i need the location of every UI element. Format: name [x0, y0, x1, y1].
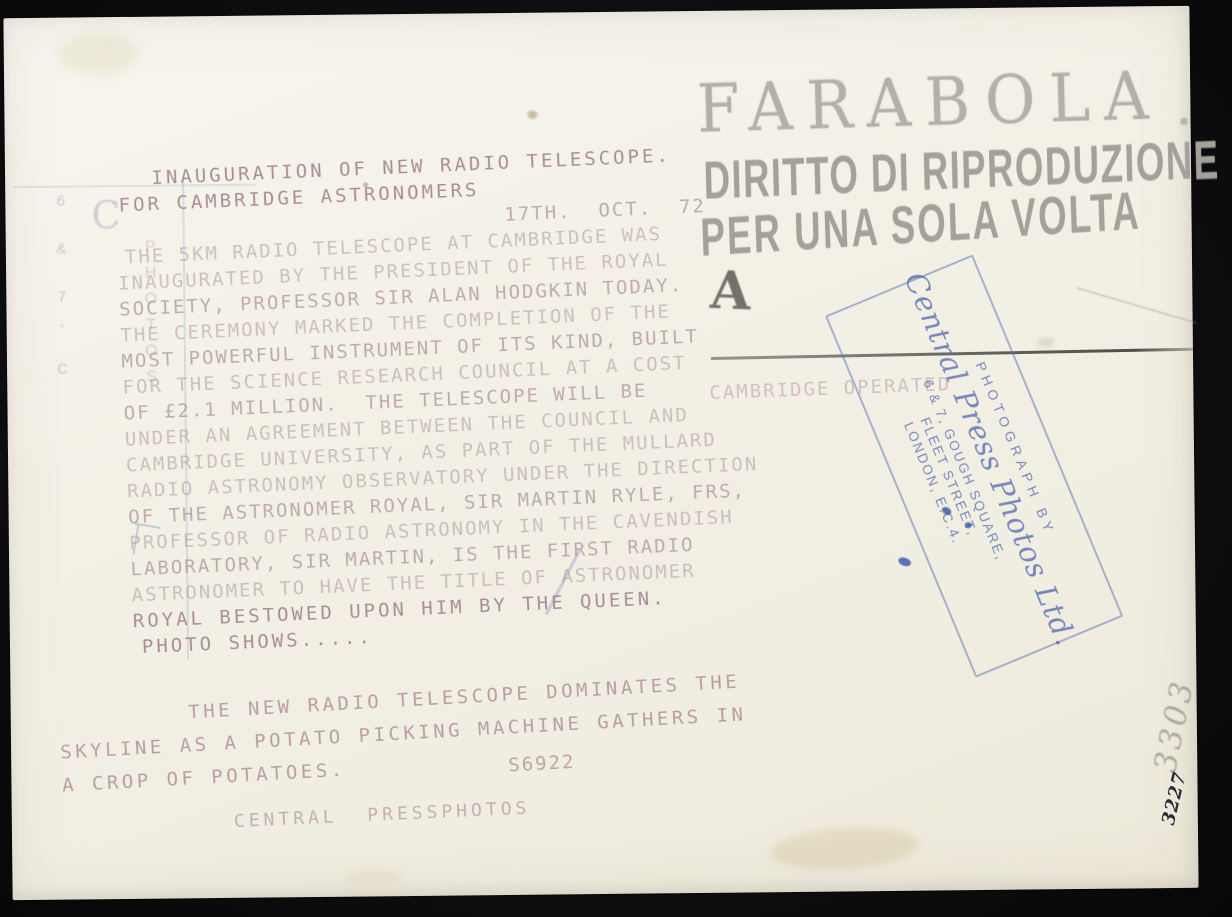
pencil-number: 3303 [1147, 675, 1201, 775]
paper-stain [342, 869, 402, 886]
typed-caption-block: INAUGURATION OF NEW RADIO TELESCOPE. FOR… [105, 139, 766, 660]
paper-stain [1037, 337, 1055, 347]
paper-stain [59, 33, 139, 76]
ink-number: 3227 [1158, 770, 1191, 828]
photo-back-paper: 6 & 7, C C PHOTOS FARABOLA DIRITTO DI RI… [3, 6, 1198, 900]
ink-blot [897, 556, 912, 568]
ink-blot [965, 522, 972, 528]
reference-number: S6922 [508, 751, 576, 777]
ghost-stamp-address-column: 6 & 7, C [52, 193, 71, 385]
photo-shows-caption-block: THE NEW RADIO TELESCOPE DOMINATES THE SK… [58, 665, 750, 802]
paper-stain [527, 111, 537, 119]
central-press-credit-stamp: PHOTOGRAPH BY Central Press Photos Ltd. … [825, 254, 1123, 677]
agency-credit-line: CENTRAL PRESSPHOTOS [233, 798, 530, 832]
scanned-photo-back: 6 & 7, C C PHOTOS FARABOLA DIRITTO DI RI… [0, 0, 1232, 917]
farabola-period-mark [1181, 118, 1188, 125]
paper-stain [769, 823, 921, 874]
crease-line [1077, 287, 1197, 324]
